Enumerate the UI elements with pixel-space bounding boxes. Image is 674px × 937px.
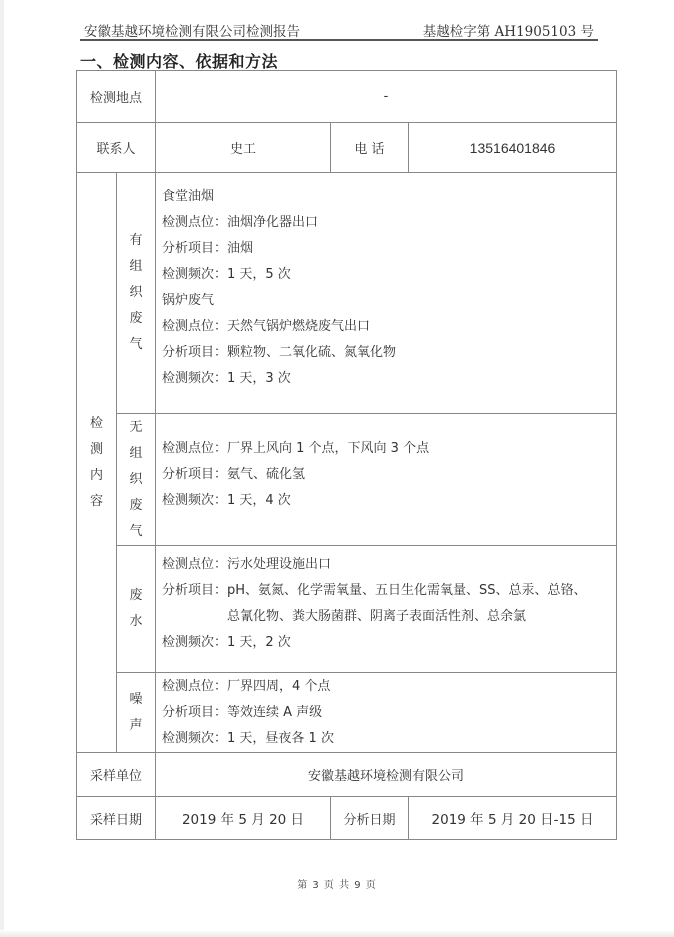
label-char: 无	[129, 415, 142, 441]
wastewater-label: 废 水	[116, 545, 156, 673]
label-char: 组	[129, 254, 142, 280]
label-char: 水	[129, 609, 142, 635]
detail-line: 检测频次：1 天，2 次	[162, 630, 616, 656]
noise-label: 噪 声	[116, 672, 156, 753]
analysis-date-value: 2019 年 5 月 20 日-15 日	[408, 796, 617, 840]
page-edge	[0, 0, 4, 937]
unorganized-gas-label: 无 组 织 废 气	[116, 413, 156, 546]
label-char: 废	[129, 583, 142, 609]
detail-line: 检测频次：1 天，4 次	[162, 488, 616, 514]
detail-line: 分析项目：pH、氨氮、化学需氧量、五日生化需氧量、SS、总汞、总铬、	[162, 578, 616, 604]
header-divider	[80, 39, 598, 41]
detail-line: 分析项目：等效连续 A 声级	[162, 700, 616, 726]
label-char: 气	[129, 519, 142, 545]
page-number: 第 3 页 共 9 页	[0, 876, 674, 891]
detail-line: 检测点位：污水处理设施出口	[162, 552, 616, 578]
detail-line: 分析项目：颗粒物、二氧化硫、氮氧化物	[162, 340, 616, 366]
content-label: 检 测 内 容	[76, 172, 117, 753]
organized-gas-label: 有 组 织 废 气	[116, 172, 156, 414]
unorganized-gas-details: 检测点位：厂界上风向 1 个点，下风向 3 个点 分析项目：氨气、硫化氢 检测频…	[155, 413, 617, 546]
location-label: 检测地点	[76, 70, 156, 123]
detail-line: 检测频次：1 天，昼夜各 1 次	[162, 726, 616, 752]
detail-line: 食堂油烟	[162, 184, 616, 210]
sampling-unit-label: 采样单位	[76, 752, 156, 797]
content-label-char: 检	[90, 411, 103, 437]
sampling-date-label: 采样日期	[76, 796, 156, 840]
analysis-date-label: 分析日期	[330, 796, 409, 840]
detail-line: 检测频次：1 天，5 次	[162, 262, 616, 288]
label-char: 声	[129, 713, 142, 739]
contact-label: 联系人	[76, 122, 156, 173]
wastewater-details: 检测点位：污水处理设施出口 分析项目：pH、氨氮、化学需氧量、五日生化需氧量、S…	[155, 545, 617, 673]
detail-line: 检测点位：油烟净化器出口	[162, 210, 616, 236]
label-char: 织	[129, 467, 142, 493]
label-char: 噪	[129, 687, 142, 713]
label-char: 组	[129, 441, 142, 467]
label-char: 气	[129, 332, 142, 358]
page-edge	[0, 930, 674, 937]
page-header: 安徽基越环境检测有限公司检测报告 基越检字第 AH1905103 号	[84, 18, 594, 40]
label-char: 有	[129, 228, 142, 254]
detail-line: 检测点位：天然气锅炉燃烧废气出口	[162, 314, 616, 340]
location-value: -	[155, 70, 617, 123]
inspection-table: 检测地点 - 联系人 史工 电 话 13516401846 检 测 内 容 有 …	[76, 70, 617, 840]
sampling-date-value: 2019 年 5 月 20 日	[155, 796, 331, 840]
organized-gas-details: 食堂油烟 检测点位：油烟净化器出口 分析项目：油烟 检测频次：1 天，5 次 锅…	[155, 172, 617, 414]
content-label-char: 内	[90, 463, 103, 489]
content-label-char: 容	[90, 489, 103, 515]
phone-label: 电 话	[330, 122, 409, 173]
detail-line: 检测频次：1 天，3 次	[162, 366, 616, 392]
detail-line: 检测点位：厂界上风向 1 个点，下风向 3 个点	[162, 436, 616, 462]
header-company-report: 安徽基越环境检测有限公司检测报告	[84, 20, 300, 40]
detail-line: 检测点位：厂界四周，4 个点	[162, 674, 616, 700]
label-char: 织	[129, 280, 142, 306]
content-label-char: 测	[90, 437, 103, 463]
phone-value: 13516401846	[408, 122, 617, 173]
noise-details: 检测点位：厂界四周，4 个点 分析项目：等效连续 A 声级 检测频次：1 天，昼…	[155, 672, 617, 753]
contact-name: 史工	[155, 122, 331, 173]
sampling-unit-value: 安徽基越环境检测有限公司	[155, 752, 617, 797]
detail-line: 分析项目：氨气、硫化氢	[162, 462, 616, 488]
label-char: 废	[129, 493, 142, 519]
detail-line: 总氰化物、粪大肠菌群、阴离子表面活性剂、总余氯	[162, 604, 616, 630]
detail-line: 锅炉废气	[162, 288, 616, 314]
section-title: 一、检测内容、依据和方法	[80, 49, 278, 72]
label-char: 废	[129, 306, 142, 332]
header-report-number: 基越检字第 AH1905103 号	[423, 20, 594, 40]
detail-line: 分析项目：油烟	[162, 236, 616, 262]
